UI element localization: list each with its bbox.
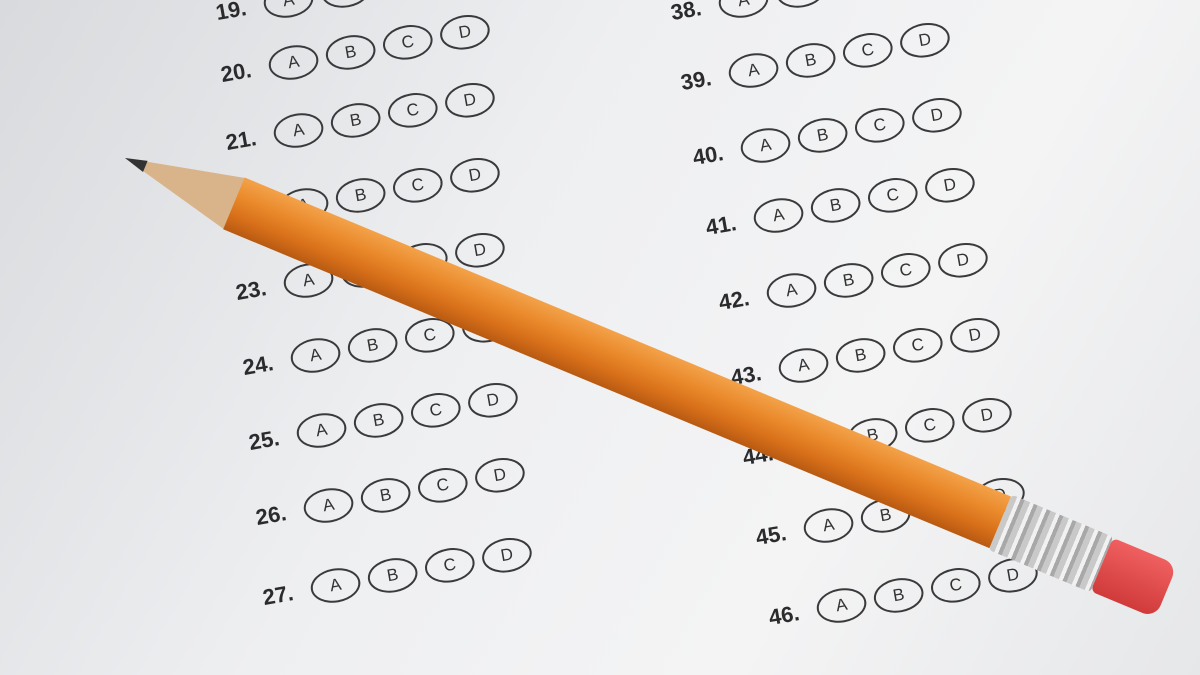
question-number: 20. — [198, 57, 254, 92]
question-number: 45. — [733, 520, 789, 555]
question-number: 42. — [696, 285, 752, 320]
question-number: 21. — [203, 125, 259, 160]
question-number: 46. — [746, 600, 802, 635]
question-number: 25. — [226, 425, 282, 460]
question-number: 23. — [213, 275, 269, 310]
question-number: 41. — [683, 210, 739, 245]
question-number: 38. — [648, 0, 704, 30]
question-number: 19. — [193, 0, 249, 30]
question-number: 39. — [658, 65, 714, 100]
question-number: 24. — [220, 350, 276, 385]
question-number: 26. — [233, 500, 289, 535]
question-number: 40. — [670, 140, 726, 175]
question-number: 27. — [240, 580, 296, 615]
